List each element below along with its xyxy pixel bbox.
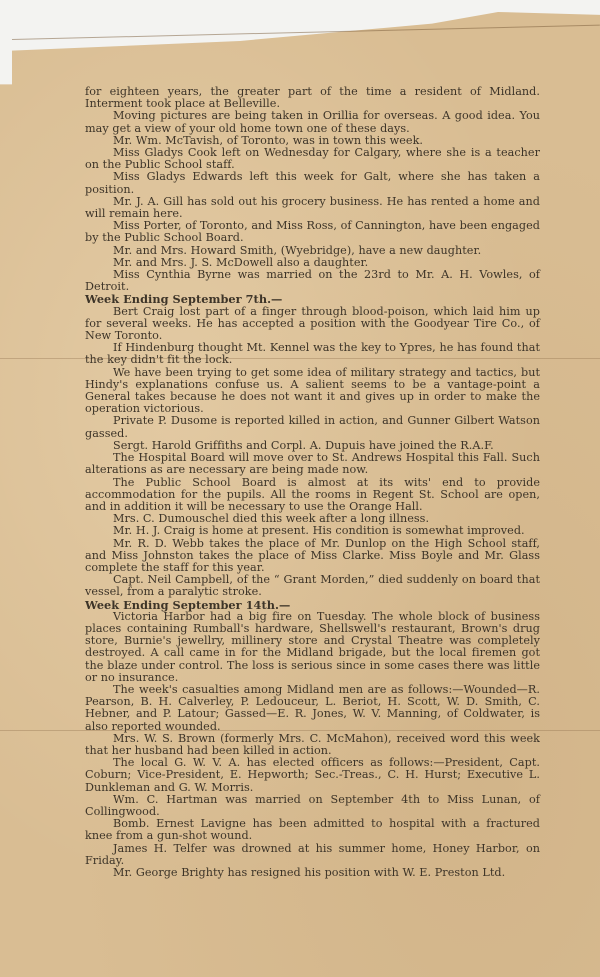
news-item: We have been trying to get some idea of …: [85, 367, 540, 416]
news-item: James H. Telfer was drowned at his summe…: [85, 843, 540, 867]
section-heading: Week Ending September 7th.—: [85, 293, 540, 305]
news-item: Mr. H. J. Craig is home at present. His …: [85, 525, 540, 537]
news-item: Capt. Neil Campbell, of the “ Grant Mord…: [85, 574, 540, 598]
news-item: The week's casualties among Midland men …: [85, 684, 540, 733]
news-item: Mr. R. D. Webb takes the place of Mr. Du…: [85, 538, 540, 575]
news-item: Miss Porter, of Toronto, and Miss Ross, …: [85, 220, 540, 244]
news-item: Miss Gladys Cook left on Wednesday for C…: [85, 147, 540, 171]
news-item: The local G. W. V. A. has elected office…: [85, 757, 540, 794]
continued-paragraph: for eighteen years, the greater part of …: [85, 86, 540, 110]
news-item: The Hospital Board will move over to St.…: [85, 452, 540, 476]
news-item: Mr. George Brighty has resigned his posi…: [85, 867, 540, 879]
news-item: Miss Cynthia Byrne was married on the 23…: [85, 269, 540, 293]
news-item: Bomb. Ernest Lavigne has been admitted t…: [85, 818, 540, 842]
news-item: If Hindenburg thought Mt. Kennel was the…: [85, 342, 540, 366]
news-item: Wm. C. Hartman was married on September …: [85, 794, 540, 818]
article-body: for eighteen years, the greater part of …: [85, 86, 540, 879]
news-item: Miss Gladys Edwards left this week for G…: [85, 171, 540, 195]
news-item: Victoria Harbor had a big fire on Tuesda…: [85, 611, 540, 684]
news-item: Bert Craig lost part of a finger through…: [85, 306, 540, 343]
news-item: Private P. Dusome is reported killed in …: [85, 415, 540, 439]
news-item: Mrs. W. S. Brown (formerly Mrs. C. McMah…: [85, 733, 540, 757]
news-item: Mr. and Mrs. Howard Smith, (Wyebridge), …: [85, 245, 540, 257]
news-item: The Public School Board is almost at its…: [85, 477, 540, 514]
section-heading: Week Ending September 14th.—: [85, 599, 540, 611]
news-item: Mr. J. A. Gill has sold out his grocery …: [85, 196, 540, 220]
news-item: Moving pictures are being taken in Orill…: [85, 110, 540, 134]
